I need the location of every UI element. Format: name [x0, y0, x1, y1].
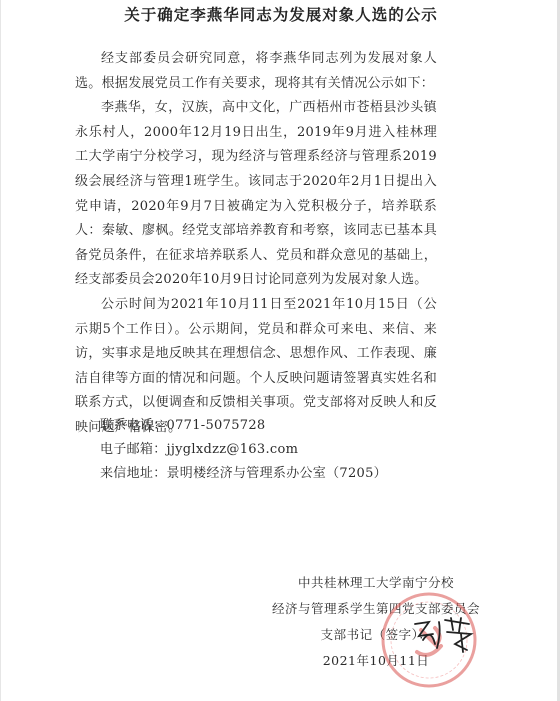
document-page: 关于确定李燕华同志为发展对象人选的公示 经支部委员会研究同意，将李燕华同志列为发…	[0, 0, 560, 701]
document-body: 经支部委员会研究同意，将李燕华同志列为发展对象人选。根据发展党员工作有关要求，现…	[75, 47, 437, 441]
paragraph-intro: 经支部委员会研究同意，将李燕华同志列为发展对象人选。根据发展党员工作有关要求，现…	[75, 47, 437, 96]
paragraph-candidate-info: 李燕华，女，汉族，高中文化，广西梧州市苍梧县沙头镇永乐村人，2000年12月19…	[75, 96, 437, 293]
contact-email: 电子邮箱：jjyglxdzz@163.com	[100, 438, 298, 462]
handwritten-signature	[411, 614, 477, 654]
contact-address: 来信地址：景明楼经济与管理系办公室（7205）	[100, 462, 387, 486]
contact-phone: 联系电话：0771-5075728	[100, 414, 265, 438]
document-title: 关于确定李燕华同志为发展对象人选的公示	[1, 3, 560, 25]
